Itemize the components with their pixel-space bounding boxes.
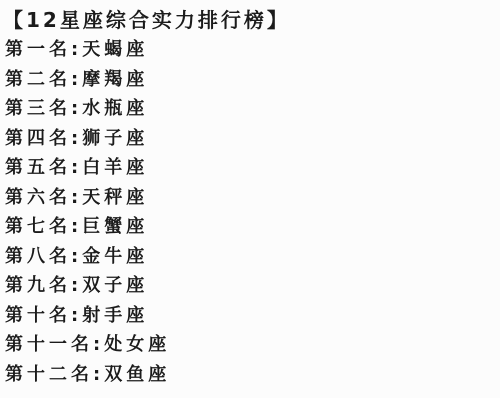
colon: : bbox=[93, 334, 104, 355]
rank-label: 第一名 bbox=[5, 39, 71, 60]
rank-label: 第九名 bbox=[5, 275, 71, 296]
rank-item-12: 第十二名:双鱼座 bbox=[3, 360, 490, 390]
sign-name: 金牛座 bbox=[82, 246, 148, 267]
rank-item-9: 第九名:双子座 bbox=[3, 271, 490, 301]
page-title: 【12星座综合实力排行榜】 bbox=[3, 5, 490, 35]
colon: : bbox=[71, 128, 82, 149]
rank-label: 第六名 bbox=[5, 187, 71, 208]
rank-list: 第一名:天蝎座 第二名:摩羯座 第三名:水瓶座 第四名:狮子座 第五名:白羊座 … bbox=[3, 35, 490, 389]
rank-item-7: 第七名:巨蟹座 bbox=[3, 212, 490, 242]
sign-name: 天秤座 bbox=[82, 187, 148, 208]
sign-name: 狮子座 bbox=[82, 128, 148, 149]
rank-label: 第三名 bbox=[5, 98, 71, 119]
sign-name: 巨蟹座 bbox=[82, 216, 148, 237]
sign-name: 处女座 bbox=[104, 334, 170, 355]
colon: : bbox=[71, 216, 82, 237]
colon: : bbox=[71, 275, 82, 296]
rank-item-11: 第十一名:处女座 bbox=[3, 330, 490, 360]
rank-label: 第七名 bbox=[5, 216, 71, 237]
rank-item-6: 第六名:天秤座 bbox=[3, 183, 490, 213]
rank-label: 第十名 bbox=[5, 305, 71, 326]
colon: : bbox=[71, 69, 82, 90]
sign-name: 双鱼座 bbox=[104, 364, 170, 385]
rank-label: 第八名 bbox=[5, 246, 71, 267]
sign-name: 双子座 bbox=[82, 275, 148, 296]
rank-item-1: 第一名:天蝎座 bbox=[3, 35, 490, 65]
rank-item-4: 第四名:狮子座 bbox=[3, 124, 490, 154]
colon: : bbox=[71, 39, 82, 60]
zodiac-ranking-page: 【12星座综合实力排行榜】 第一名:天蝎座 第二名:摩羯座 第三名:水瓶座 第四… bbox=[0, 0, 500, 398]
colon: : bbox=[71, 246, 82, 267]
sign-name: 天蝎座 bbox=[82, 39, 148, 60]
colon: : bbox=[71, 305, 82, 326]
sign-name: 射手座 bbox=[82, 305, 148, 326]
rank-label: 第五名 bbox=[5, 157, 71, 178]
sign-name: 白羊座 bbox=[82, 157, 148, 178]
colon: : bbox=[71, 187, 82, 208]
rank-label: 第四名 bbox=[5, 128, 71, 149]
rank-label: 第十二名 bbox=[5, 364, 93, 385]
rank-item-8: 第八名:金牛座 bbox=[3, 242, 490, 272]
rank-label: 第十一名 bbox=[5, 334, 93, 355]
rank-item-10: 第十名:射手座 bbox=[3, 301, 490, 331]
rank-item-2: 第二名:摩羯座 bbox=[3, 65, 490, 95]
rank-item-5: 第五名:白羊座 bbox=[3, 153, 490, 183]
colon: : bbox=[71, 98, 82, 119]
sign-name: 水瓶座 bbox=[82, 98, 148, 119]
colon: : bbox=[93, 364, 104, 385]
sign-name: 摩羯座 bbox=[82, 69, 148, 90]
rank-label: 第二名 bbox=[5, 69, 71, 90]
colon: : bbox=[71, 157, 82, 178]
rank-item-3: 第三名:水瓶座 bbox=[3, 94, 490, 124]
